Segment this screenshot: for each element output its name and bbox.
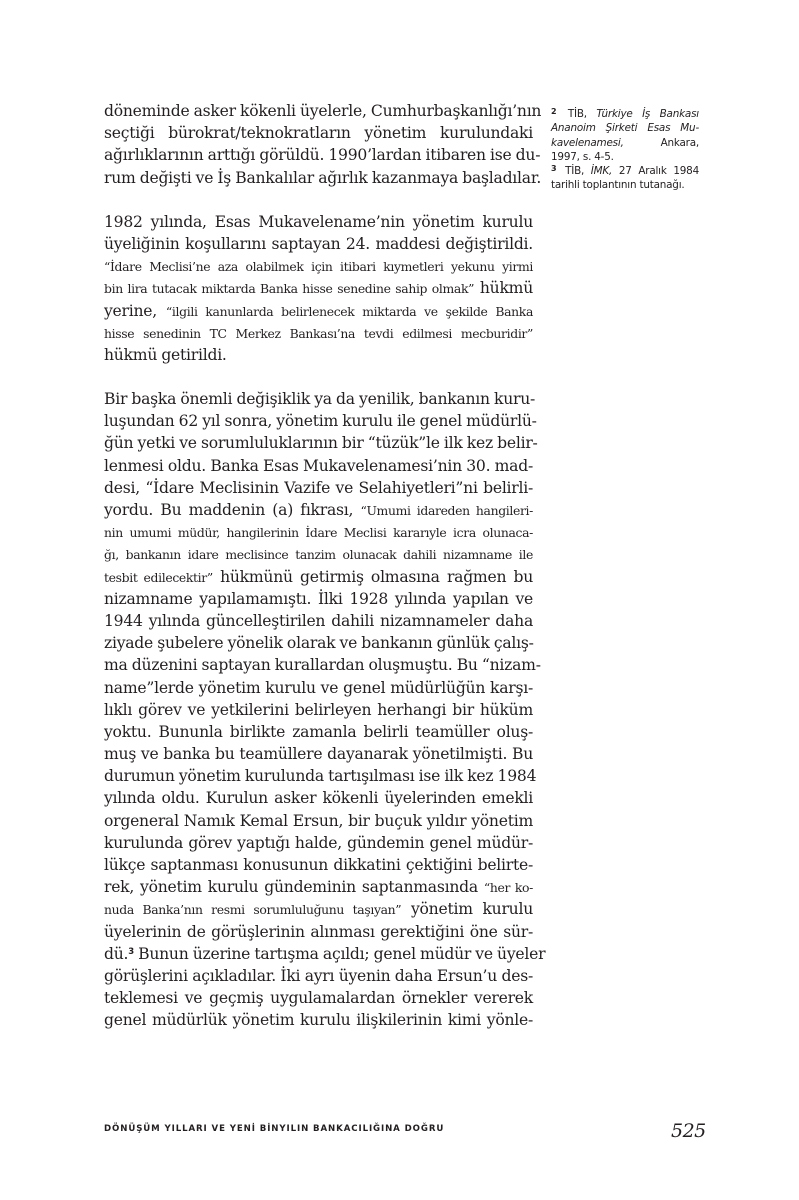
text-line: üyeliğinin koşullarını saptayan 24. madd… [104,233,533,255]
note-title-italic: İMK, [591,165,612,177]
text-line: teklemesi ve geçmiş uygulamalardan örnek… [104,987,533,1009]
note-text: 27 Aralık 1984 [612,165,699,177]
page-number: 525 [671,1120,706,1142]
text-line: yoktu. Bununla birlikte zamanla belirli … [104,721,533,743]
quoted-text: ğı, bankanın idare meclisince tanzim olu… [104,547,533,562]
quoted-text: bin lira tutacak miktarda Banka hisse se… [104,281,474,296]
quoted-text: nin umumi müdür, hangilerinin İdare Mecl… [104,525,533,540]
quoted-text: hisse senedinin TC Merkez Bankası’na tev… [104,326,533,341]
text-line: 1944 yılında güncelleştirilen dahili niz… [104,610,533,632]
text-line: muş ve banka bu teamüllere dayanarak yön… [104,743,533,765]
text-line-mixed: yordu. Bu maddenin (a) fıkrası, “Umumi i… [104,499,533,521]
quoted-text: “Umumi idareden hangileri- [360,503,533,518]
note-text: Ankara, [661,137,699,149]
quoted-text: tesbit edilecektir” [104,570,213,585]
body-text: hükmünü getirmiş olmasına rağmen bu [213,568,533,586]
text-line-mixed: nuda Banka’nın resmi sorumluluğunu taşıy… [104,898,533,920]
note-title-italic: Türkiye İş Bankası [596,108,699,120]
text-line: luşundan 62 yıl sonra, yönetim kurulu il… [104,410,533,432]
sidenote-3: 3 TİB, İMK, 27 Aralık 1984 tarihli topla… [551,164,699,193]
text-line: kurulunda görev yaptığı halde, gündemin … [104,832,533,854]
text-line: hükmü getirildi. [104,344,533,366]
note-title-italic: kavelenamesi, [551,137,624,149]
text-line-quote: “İdare Meclisi’ne aza olabilmek için iti… [104,255,533,277]
quoted-text: “ilgili kanunlarda belirlenecek miktarda… [166,304,533,319]
sidenotes-column: 2 TİB, Türkiye İş Bankası Ananoim Şirket… [551,107,699,193]
text-line: durumun yönetim kurulunda tartışılması i… [104,765,533,787]
body-text: hükmü [474,279,533,297]
text-line-mixed: tesbit edilecektir” hükmünü getirmiş olm… [104,566,533,588]
text-line-quote: ğı, bankanın idare meclisince tanzim olu… [104,543,533,565]
note-line: kavelenamesi, Ankara, [551,136,699,150]
text-line: lenmesi oldu. Banka Esas Mukavelenamesi’… [104,455,533,477]
text-line: yılında oldu. Kurulun asker kökenli üyel… [104,787,533,809]
main-text-column: döneminde asker kökenli üyelerle, Cumhur… [104,100,533,1054]
text-line: üyelerinin de görüşlerinin alınması gere… [104,921,533,943]
text-line: seçtiği bürokrat/teknokratların yönetim … [104,122,533,144]
text-line: ma düzenini saptayan kurallardan oluşmuş… [104,654,533,676]
body-text: yordu. Bu maddenin (a) fıkrası, [104,501,360,519]
paragraph-3: Bir başka önemli değişiklik ya da yenili… [104,388,533,1031]
quoted-text: “İdare Meclisi’ne aza olabilmek için iti… [104,259,533,274]
note-line: tarihli toplantının tutanağı. [551,178,699,192]
text-line: lıklı görev ve yetkilerini belirleyen he… [104,699,533,721]
text-line-quote: hisse senedinin TC Merkez Bankası’na tev… [104,322,533,344]
quoted-text: “her ko- [484,880,533,895]
text-line: orgeneral Namık Kemal Ersun, bir buçuk y… [104,810,533,832]
sidenote-2: 2 TİB, Türkiye İş Bankası Ananoim Şirket… [551,107,699,164]
text-line-with-footnote: dü.3 Bunun üzerine tartışma açıldı; gene… [104,943,533,965]
body-text: rek, yönetim kurulu gündeminin saptanmas… [104,878,484,896]
text-line: ziyade şubelere yönelik olarak ve bankan… [104,632,533,654]
note-text: TİB, [568,108,597,120]
text-line: name”lerde yönetim kurulu ve genel müdür… [104,677,533,699]
text-line: Bir başka önemli değişiklik ya da yenili… [104,388,533,410]
text-line: rum değişti ve İş Bankalılar ağırlık kaz… [104,167,533,189]
quoted-text: nuda Banka’nın resmi sorumluluğunu taşıy… [104,902,401,917]
text-line: 1982 yılında, Esas Mukavelename’nin yöne… [104,211,533,233]
note-line: Ananoim Şirketi Esas Mu- [551,121,699,135]
text-line-mixed: bin lira tutacak miktarda Banka hisse se… [104,277,533,299]
body-text: Bunun üzerine tartışma açıldı; genel müd… [134,945,545,963]
note-line: 1997, s. 4-5. [551,150,699,164]
body-text: dü. [104,945,128,963]
text-line: nizamname yapılamamıştı. İlki 1928 yılın… [104,588,533,610]
text-line: görüşlerini açıkladılar. İki ayrı üyenin… [104,965,533,987]
note-number: 2 [551,107,556,116]
text-line: desi, “İdare Meclisinin Vazife ve Selahi… [104,477,533,499]
text-line: ağırlıklarının arttığı görüldü. 1990’lar… [104,144,533,166]
text-line: genel müdürlük yönetim kurulu ilişkileri… [104,1009,533,1031]
running-footer-title: DÖNÜŞÜM YILLARI VE YENİ BİNYILIN BANKACI… [104,1124,444,1134]
body-text: yönetim kurulu [401,900,533,918]
book-page: döneminde asker kökenli üyelerle, Cumhur… [0,0,799,1200]
note-number: 3 [551,164,556,173]
note-line: 2 TİB, Türkiye İş Bankası [551,107,699,121]
text-line-mixed: rek, yönetim kurulu gündeminin saptanmas… [104,876,533,898]
body-text: yerine, [104,302,166,320]
text-line: ğün yetki ve sorumluluklarının bir “tüzü… [104,432,533,454]
note-line: 3 TİB, İMK, 27 Aralık 1984 [551,164,699,178]
paragraph-1: döneminde asker kökenli üyelerle, Cumhur… [104,100,533,189]
note-text: TİB, [565,165,591,177]
paragraph-2: 1982 yılında, Esas Mukavelename’nin yöne… [104,211,533,366]
text-line-quote: nin umumi müdür, hangilerinin İdare Mecl… [104,521,533,543]
text-line-mixed: yerine, “ilgili kanunlarda belirlenecek … [104,300,533,322]
text-line: döneminde asker kökenli üyelerle, Cumhur… [104,100,533,122]
text-line: lükçe saptanması konusunun dikkatini çek… [104,854,533,876]
